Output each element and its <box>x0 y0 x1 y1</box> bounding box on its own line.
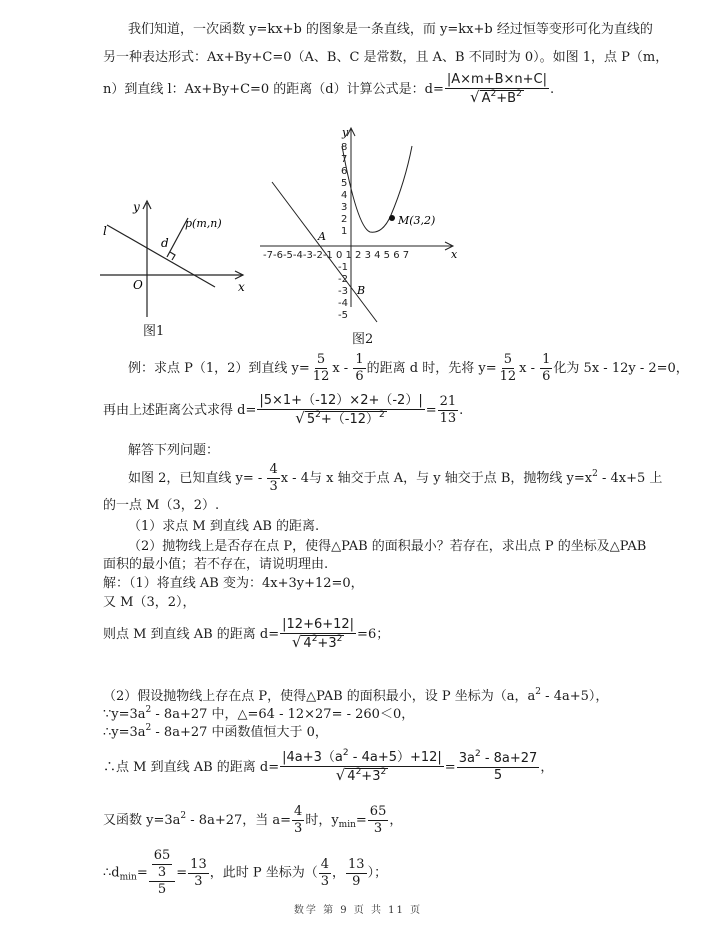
text: ∴点 M 到直线 AB 的距离 d= <box>103 760 279 775</box>
den: 3 <box>372 821 384 837</box>
part: +（-12） <box>321 412 379 427</box>
subscript: min <box>339 820 356 830</box>
num: 4 <box>319 857 331 874</box>
num: 65 <box>368 804 389 821</box>
fig2-b-label: B <box>356 284 365 297</box>
fig1-x-label: x <box>238 280 245 294</box>
intro-line-2: 另一种表达形式：Ax+By+C=0（A、B、C 是常数，且 A、B 不同时为 0… <box>103 50 668 66</box>
num: 4 <box>292 804 304 821</box>
solution-line-6: ∴y=3a2 - 8a+27 中函数值恒大于 0， <box>103 725 328 741</box>
fraction: 653 <box>368 804 389 837</box>
text: - 8a+27，当 a= <box>186 813 291 828</box>
den: 9 <box>350 874 362 890</box>
problem-heading: 解答下列问题： <box>128 443 219 459</box>
text: = <box>176 866 187 881</box>
question-1: （1）求点 M 到直线 AB 的距离. <box>128 519 319 535</box>
text: x - <box>519 361 539 376</box>
den: 3 <box>292 821 304 837</box>
solution-line-1: 解：（1）将直线 AB 变为：4x+3y+12=0， <box>103 576 364 592</box>
fig2-a-label: A <box>317 230 326 243</box>
text: ）； <box>368 866 388 881</box>
part: |4a+3（a <box>282 750 343 765</box>
svg-text:-4: -4 <box>338 298 348 309</box>
text: - 4a+5）， <box>541 689 608 704</box>
num: 1 <box>540 352 552 369</box>
num: |12+6+12| <box>280 617 356 634</box>
text: ， <box>389 813 402 828</box>
fig2-y-label: y <box>341 126 349 139</box>
svg-text:-2: -2 <box>338 274 348 285</box>
question-2-line-2: 面积的最小值；若不存在，请说明理由. <box>103 557 328 573</box>
fraction: 512 <box>311 352 332 385</box>
svg-text:5: 5 <box>341 178 347 189</box>
figure-2-graph: -7-6-5-4-3-2-1 0 1 2 3 4 5 6 7 876 543 2… <box>255 122 465 327</box>
num: 21 <box>438 394 459 411</box>
den-b: B <box>507 91 516 106</box>
example-line-1: 例：求点 P（1，2）到直线 y=512x - 16的距离 d 时，先将 y=5… <box>128 352 689 385</box>
solution-line-5: ∵y=3a2 - 8a+27 中，△=64 - 12×27= - 260＜0， <box>103 707 414 723</box>
fraction: 512 <box>498 352 519 385</box>
svg-text:1: 1 <box>341 226 347 237</box>
subscript: min <box>120 873 137 883</box>
problem-line-2: 的一点 M（3，2）. <box>103 498 219 514</box>
den: 12 <box>498 369 519 385</box>
text: 则点 M 到直线 AB 的距离 d= <box>103 627 279 642</box>
solution-line-2: 又 M（3，2）， <box>103 595 196 611</box>
text: 又函数 y=3a <box>103 813 180 828</box>
part: 5 <box>307 412 315 427</box>
fraction: 43 <box>319 857 331 890</box>
svg-text:2: 2 <box>341 214 347 225</box>
num: 653 <box>149 848 176 882</box>
svg-text:8: 8 <box>341 142 347 153</box>
fraction: |4a+3（a2 - 4a+5）+12|√42+32 <box>280 750 444 785</box>
den: 3 <box>319 874 331 890</box>
distance-formula: |A×m+B×n+C|√A2+B2 <box>445 72 549 107</box>
svg-text:3: 3 <box>341 202 347 213</box>
part: - 4a+5）+12| <box>349 750 442 765</box>
den: 3 <box>192 874 204 890</box>
fig1-origin-label: O <box>133 278 143 292</box>
text: ∴d <box>103 866 120 881</box>
svg-text:-7-6-5-4-3-2-1 0 1 2 3 4 5 6: -7-6-5-4-3-2-1 0 1 2 3 4 5 6 7 <box>263 250 409 261</box>
den: 3 <box>267 479 279 495</box>
den: 5 <box>492 768 504 784</box>
distance-formula-denominator: √A2+B2 <box>468 89 526 107</box>
intro-line-1: 我们知道，一次函数 y=kx+b 的图象是一条直线，而 y=kx+b 经过恒等变… <box>128 22 653 38</box>
fraction: 43 <box>292 804 304 837</box>
text: =6； <box>357 627 389 642</box>
num: 5 <box>315 352 327 369</box>
den: 5 <box>156 882 168 898</box>
intro-line-3-end: . <box>550 82 554 97</box>
solution-line-3: 则点 M 到直线 AB 的距离 d=|12+6+12|√42+32=6； <box>103 617 389 652</box>
solution-line-9: ∴dmin=6535=133，此时 P 坐标为（43，139）； <box>103 848 387 898</box>
svg-text:7: 7 <box>341 154 347 165</box>
question-2-line-1: （2）抛物线上是否存在点 P，使得△PAB 的面积最小？若存在，求出点 P 的坐… <box>128 539 646 555</box>
text: - 8a+27 中，△=64 - 12×27= - 260＜0， <box>151 707 414 722</box>
text: - 8a+27 中函数值恒大于 0， <box>151 725 328 740</box>
svg-text:6: 6 <box>341 166 347 177</box>
num: 13 <box>346 857 367 874</box>
fig1-distance-label: d <box>161 236 169 250</box>
den: √52+（-12）2 <box>293 410 388 428</box>
text: x - <box>332 361 352 376</box>
text: 化为 5x - 12y - 2=0， <box>553 361 688 376</box>
fraction: 2113 <box>438 394 459 427</box>
fraction: 16 <box>540 352 552 385</box>
num: |5×1+（-12）×2+（-2）| <box>257 393 424 410</box>
page-footer: 数学 第 9 页 共 11 页 <box>0 901 716 916</box>
den: √42+32 <box>334 767 390 785</box>
intro-line-3-text: n）到直线 l：Ax+By+C=0 的距离（d）计算公式是：d= <box>103 82 444 97</box>
num: 4 <box>267 462 279 479</box>
fraction: |12+6+12|√42+32 <box>280 617 356 652</box>
den-a: A <box>482 91 491 106</box>
text: 如图 2，已知直线 y= - <box>128 471 266 486</box>
solution-line-8: 又函数 y=3a2 - 8a+27，当 a=43时，ymin=653， <box>103 804 402 837</box>
text: - 4x+5 上 <box>598 471 663 486</box>
den: 6 <box>353 369 365 385</box>
text: 再由上述距离公式求得 d= <box>103 403 256 418</box>
text: ， <box>540 760 553 775</box>
figure-1-caption: 图1 <box>143 320 164 339</box>
text: 时，y <box>305 813 338 828</box>
part: 3a <box>459 751 475 766</box>
text: ， <box>332 866 345 881</box>
solution-line-4: （2）假设抛物线上存在点 P，使得△PAB 的面积最小，设 P 坐标为（a，a2… <box>103 689 608 705</box>
text: = <box>137 866 148 881</box>
den: 3 <box>158 865 166 881</box>
text: ，此时 P 坐标为（ <box>210 866 318 881</box>
fig1-point-label: p(m,n) <box>185 217 222 230</box>
den: 6 <box>540 369 552 385</box>
num: |4a+3（a2 - 4a+5）+12| <box>280 750 444 767</box>
complex-fraction: 6535 <box>149 848 176 898</box>
num: 1 <box>353 352 365 369</box>
intro-line-3: n）到直线 l：Ax+By+C=0 的距离（d）计算公式是：d=|A×m+B×n… <box>103 72 554 107</box>
distance-formula-numerator: |A×m+B×n+C| <box>445 72 549 89</box>
figure-2-caption: 图2 <box>352 328 373 347</box>
den: 12 <box>311 369 332 385</box>
fig2-x-label: x <box>451 248 458 261</box>
den: 13 <box>438 411 459 427</box>
num: 3a2 - 8a+27 <box>457 751 540 768</box>
svg-text:-5: -5 <box>338 310 348 321</box>
text: （2）假设抛物线上存在点 P，使得△PAB 的面积最小，设 P 坐标为（a，a <box>103 689 535 704</box>
figure-1-diagram: y x O l p(m,n) d <box>95 195 255 325</box>
num: 5 <box>502 352 514 369</box>
text: . <box>459 403 463 418</box>
text: x - 4与 x 轴交于点 A，与 y 轴交于点 B，抛物线 y=x <box>281 471 592 486</box>
num: 65 <box>152 848 173 865</box>
text: ∵y=3a <box>103 707 146 722</box>
solution-line-7: ∴点 M 到直线 AB 的距离 d=|4a+3（a2 - 4a+5）+12|√4… <box>103 750 553 785</box>
den: √42+32 <box>290 634 346 652</box>
fraction: 139 <box>346 857 367 890</box>
part: - 8a+27 <box>481 751 538 766</box>
fig2-m-label: M(3,2) <box>397 214 435 227</box>
fraction: 3a2 - 8a+275 <box>457 751 540 784</box>
text: 例：求点 P（1，2）到直线 y= <box>128 361 310 376</box>
problem-line-1: 如图 2，已知直线 y= - 43x - 4与 x 轴交于点 A，与 y 轴交于… <box>128 462 662 495</box>
fraction: |5×1+（-12）×2+（-2）|√52+（-12）2 <box>257 393 424 428</box>
text: = <box>356 813 367 828</box>
num: 13 <box>188 857 209 874</box>
example-line-2: 再由上述距离公式求得 d=|5×1+（-12）×2+（-2）|√52+（-12）… <box>103 393 463 428</box>
svg-text:-1: -1 <box>338 262 348 273</box>
fig1-line-label: l <box>103 224 107 238</box>
fraction: 133 <box>188 857 209 890</box>
text: ∴y=3a <box>103 725 146 740</box>
fraction: 43 <box>267 462 279 495</box>
svg-text:4: 4 <box>341 190 347 201</box>
fraction: 653 <box>152 848 173 881</box>
fig1-y-label: y <box>132 200 140 214</box>
fraction: 16 <box>353 352 365 385</box>
point-m-marker <box>389 215 395 221</box>
text: 的距离 d 时，先将 y= <box>367 361 497 376</box>
svg-text:-3: -3 <box>338 286 348 297</box>
